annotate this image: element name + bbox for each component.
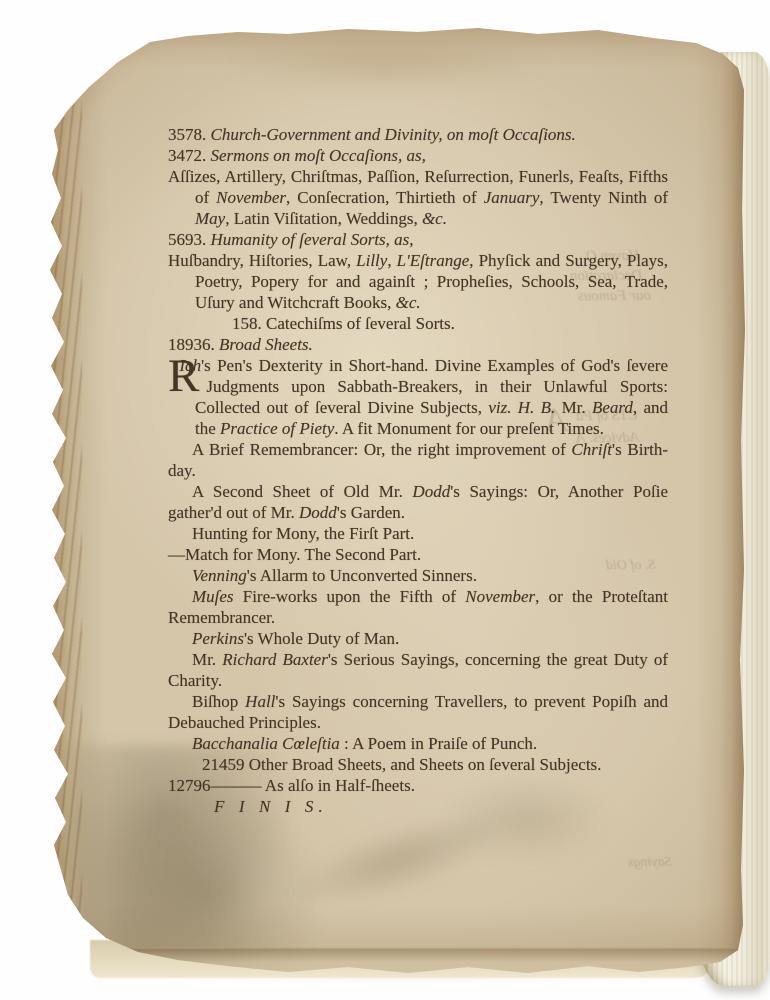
text-block: RIch's Pen's Dexterity in Short-hand. Di… bbox=[168, 355, 668, 439]
page: Haven ODeclarationour FamousACTS of PaAd… bbox=[28, 10, 746, 982]
text-segment: 21459 Other Broad Sheets, and Sheets on … bbox=[202, 755, 601, 774]
book-photo: Haven ODeclarationour FamousACTS of PaAd… bbox=[0, 0, 770, 1000]
text-segment: Huſbandry, Hiſtories, Law, bbox=[168, 251, 356, 270]
text-segment: Hall bbox=[245, 692, 275, 711]
text-segment: Hunting for Mony, the Firſt Part. bbox=[192, 524, 414, 543]
text-block: 158. Catechiſms of ſeveral Sorts. bbox=[168, 313, 668, 334]
text-segment: A Second Sheet of Old Mr. bbox=[192, 482, 412, 501]
text-segment: Bacchanalia Cœleſtia bbox=[192, 734, 340, 753]
text-segment: November bbox=[216, 188, 286, 207]
text-segment: F I N I S. bbox=[214, 797, 328, 816]
text-block: Aſſizes, Artillery, Chriſtmas, Paſſion, … bbox=[168, 166, 668, 229]
text-segment: Dodd bbox=[412, 482, 450, 501]
text-segment: —Match for Mony. The Second Part. bbox=[168, 545, 421, 564]
text-block: F I N I S. bbox=[168, 796, 668, 817]
text-segment: Chriſt bbox=[571, 440, 612, 459]
text-segment: 's Garden. bbox=[337, 503, 405, 522]
text-segment: Practice of Piety bbox=[220, 419, 334, 438]
text-segment: Mr. bbox=[555, 398, 592, 417]
text-segment: Biſhop bbox=[192, 692, 245, 711]
text-block: 3578. Church-Government and Divinity, on… bbox=[168, 124, 668, 145]
text-segment: Church-Government and Divinity, on moſt … bbox=[211, 125, 576, 144]
text-segment: Ich bbox=[179, 356, 201, 375]
text-segment: Beard bbox=[592, 398, 633, 417]
text-segment: , Conſecration, Thirtieth of bbox=[286, 188, 484, 207]
text-block: Perkins's Whole Duty of Man. bbox=[168, 628, 668, 649]
text-segment: viz. H. B. bbox=[488, 398, 555, 417]
text-segment: 's Allarm to Unconverted Sinners. bbox=[247, 566, 477, 585]
text-segment: November bbox=[465, 587, 535, 606]
text-segment: 's Whole Duty of Man. bbox=[244, 629, 399, 648]
text-block: Mr. Richard Baxter's Serious Sayings, co… bbox=[168, 649, 668, 691]
text-segment: 5693. bbox=[168, 230, 211, 249]
text-segment: Muſes bbox=[192, 587, 234, 606]
text-segment: : A Poem in Praiſe of Punch. bbox=[340, 734, 537, 753]
text-segment: L'Eſtrange bbox=[397, 251, 470, 270]
text-segment: Sermons on moſt Occaſions, as, bbox=[211, 146, 426, 165]
text-segment: Mr. bbox=[192, 650, 222, 669]
text-segment: 158. Catechiſms of ſeveral Sorts. bbox=[232, 314, 455, 333]
text-block: 3472. Sermons on moſt Occaſions, as, bbox=[168, 145, 668, 166]
text-segment: Richard Baxter bbox=[222, 650, 328, 669]
text-block: Huſbandry, Hiſtories, Law, Lilly, L'Eſtr… bbox=[168, 250, 668, 313]
text-block: 12796——— As alſo in Half-ſheets. bbox=[168, 775, 668, 796]
text-segment: . A fit Monument for our preſent Times. bbox=[334, 419, 604, 438]
text-segment: A Brief Remembrancer: Or, the right impr… bbox=[192, 440, 571, 459]
text-segment: , bbox=[387, 251, 396, 270]
text-segment: Humanity of ſeveral Sorts, as, bbox=[211, 230, 414, 249]
text-segment: Broad Sheets. bbox=[219, 335, 313, 354]
text-block: A Second Sheet of Old Mr. Dodd's Sayings… bbox=[168, 481, 668, 523]
text-segment: Perkins bbox=[192, 629, 244, 648]
text-block: Hunting for Mony, the Firſt Part. bbox=[168, 523, 668, 544]
text-block: Venning's Allarm to Unconverted Sinners. bbox=[168, 565, 668, 586]
text-segment: May bbox=[195, 209, 225, 228]
text-block: 5693. Humanity of ſeveral Sorts, as, bbox=[168, 229, 668, 250]
text-segment: Dodd bbox=[299, 503, 337, 522]
text-column: 3578. Church-Government and Divinity, on… bbox=[168, 124, 668, 817]
text-block: Muſes Fire-works upon the Fifth of Novem… bbox=[168, 586, 668, 628]
text-segment: , Twenty Ninth of bbox=[539, 188, 668, 207]
text-block: Bacchanalia Cœleſtia : A Poem in Praiſe … bbox=[168, 733, 668, 754]
text-segment: 12796——— As alſo in Half-ſheets. bbox=[168, 776, 415, 795]
text-segment: Venning bbox=[192, 566, 247, 585]
text-block: A Brief Remembrancer: Or, the right impr… bbox=[168, 439, 668, 481]
text-segment: 18936. bbox=[168, 335, 219, 354]
text-block: Biſhop Hall's Sayings concerning Travell… bbox=[168, 691, 668, 733]
corner-chip bbox=[28, 10, 188, 170]
ghost-text: Sayings bbox=[628, 855, 672, 871]
text-block: —Match for Mony. The Second Part. bbox=[168, 544, 668, 565]
text-segment: Lilly bbox=[356, 251, 387, 270]
text-segment: , Latin Viſitation, Weddings, bbox=[225, 209, 422, 228]
text-block: 21459 Other Broad Sheets, and Sheets on … bbox=[168, 754, 668, 775]
text-block: 18936. Broad Sheets. bbox=[168, 334, 668, 355]
text-segment: January bbox=[484, 188, 540, 207]
text-segment: &c. bbox=[422, 209, 447, 228]
text-segment: Fire-works upon the Fifth of bbox=[234, 587, 466, 606]
text-segment: &c. bbox=[396, 293, 421, 312]
